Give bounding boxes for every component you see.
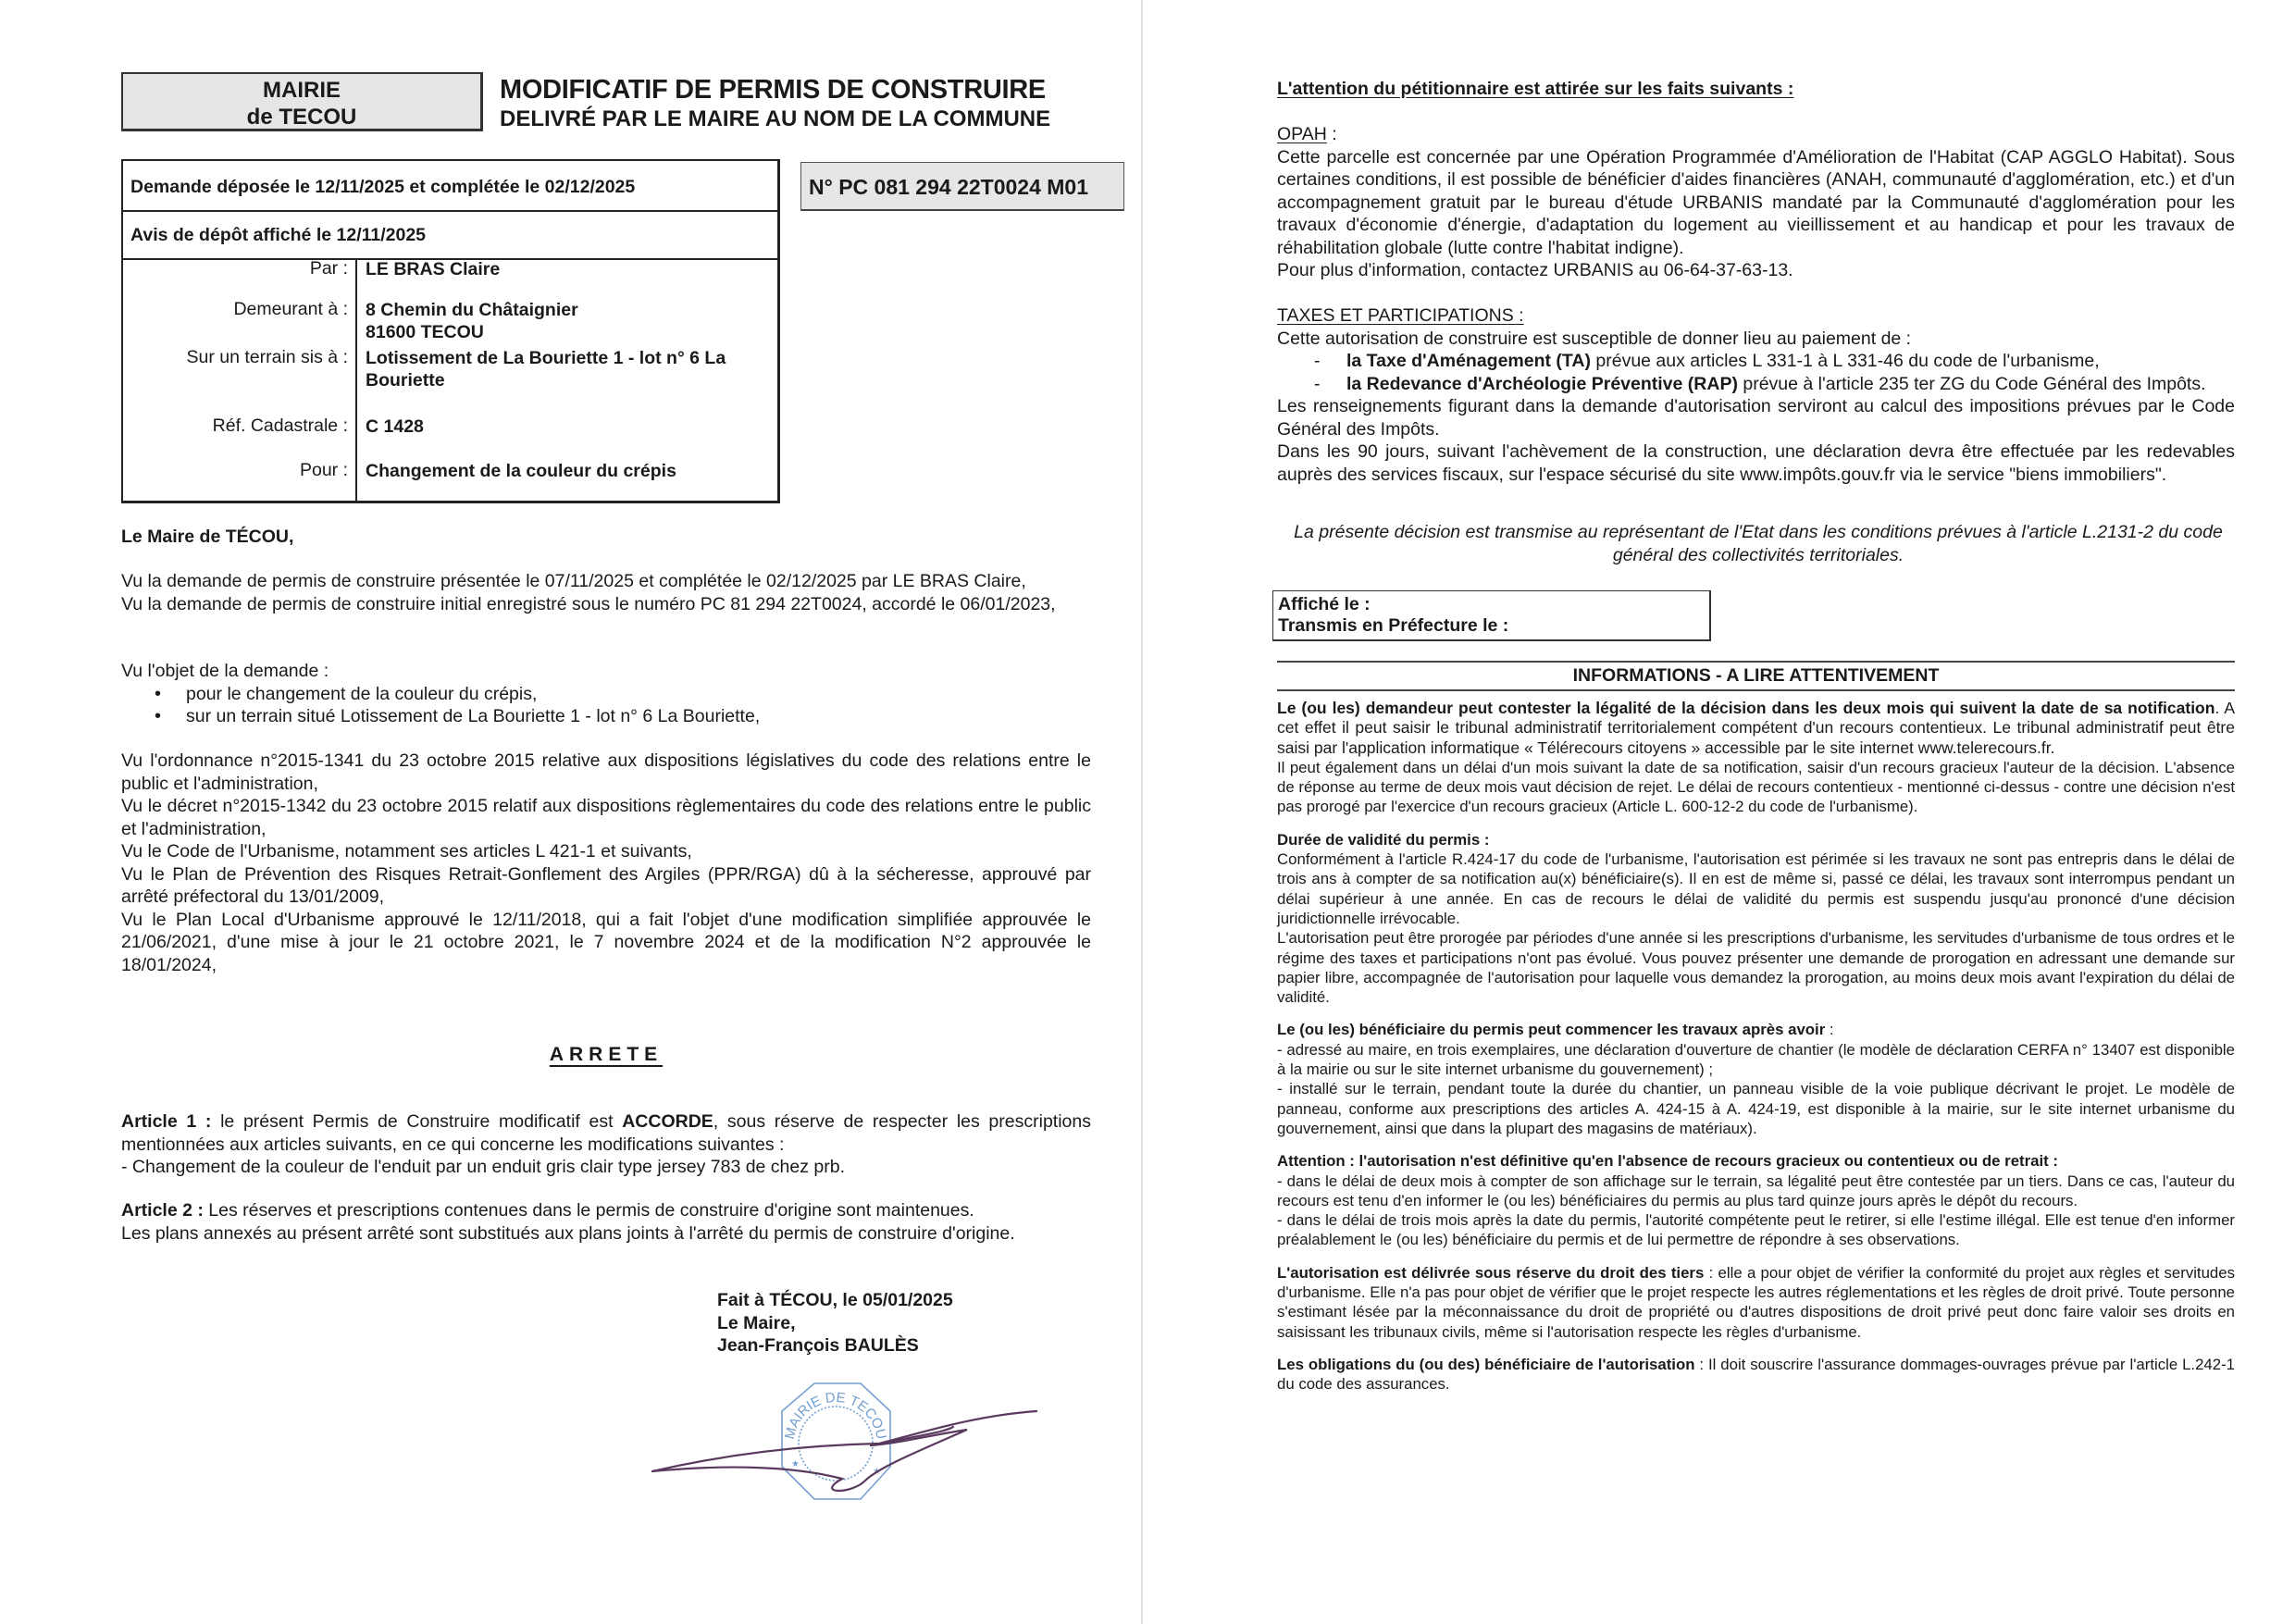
signature-role: Le Maire,: [717, 1312, 953, 1335]
opah-text: Cette parcelle est concernée par une Opé…: [1277, 146, 2235, 260]
mairie-line-2: de TECOU: [123, 104, 480, 130]
taxes-list: la Taxe d'Aménagement (TA) prévue aux ar…: [1277, 350, 2235, 395]
permit-number-box: N° PC 081 294 22T0024 M01: [800, 162, 1124, 211]
third-party-bold: L'autorisation est délivrée sous réserve…: [1277, 1264, 1704, 1282]
svg-text:★: ★: [791, 1459, 800, 1469]
prefecture-label: Transmis en Préfecture le :: [1278, 615, 1508, 636]
opah-title: OPAH: [1277, 124, 1327, 144]
arrete-heading: ARRETE: [121, 1044, 1091, 1066]
start-item: - installé sur le terrain, pendant toute…: [1277, 1079, 2235, 1138]
label-terrain: Sur un terrain sis à :: [121, 347, 348, 368]
start-title-line: Le (ou les) bénéficiaire du permis peut …: [1277, 1020, 2235, 1039]
taxes-section: TAXES ET PARTICIPATIONS : Cette autorisa…: [1277, 304, 2235, 486]
deposit-line: Demande déposée le 12/11/2025 et complét…: [123, 161, 777, 212]
signature-place-date: Fait à TÉCOU, le 05/01/2025: [717, 1289, 953, 1312]
tax-item-text: prévue à l'article 235 ter ZG du Code Gé…: [1738, 374, 2206, 394]
article-1-change: - Changement de la couleur de l'enduit p…: [121, 1156, 1091, 1179]
document-subtitle: DELIVRÉ PAR LE MAIRE AU NOM DE LA COMMUN…: [500, 105, 1092, 133]
article-2-text-2: Les plans annexés au présent arrêté sont…: [121, 1222, 1091, 1246]
mayor-heading: Le Maire de TÉCOU,: [121, 526, 1091, 549]
vu-item: Vu l'ordonnance n°2015-1341 du 23 octobr…: [121, 750, 1091, 795]
start-colon: :: [1825, 1021, 1833, 1038]
tax-item-text: prévue aux articles L 331-1 à L 331-46 d…: [1591, 351, 2100, 371]
tax-item-name: la Taxe d'Aménagement (TA): [1346, 351, 1591, 371]
address-line-1: 8 Chemin du Châtaignier: [366, 299, 773, 321]
opah-title-line: OPAH :: [1277, 123, 2235, 146]
vu-item: Vu le Plan de Prévention des Risques Ret…: [121, 863, 1091, 909]
article-1-body: Article 1 : le présent Permis de Constru…: [121, 1110, 1091, 1156]
signature-name: Jean-François BAULÈS: [717, 1334, 953, 1357]
recours-paragraph: Le (ou les) demandeur peut contester la …: [1277, 699, 2235, 758]
label-applicant: Par :: [121, 258, 348, 279]
vu-item: Vu le Plan Local d'Urbanisme approuvé le…: [121, 909, 1091, 977]
posting-affiche-row: Affiché le :: [1278, 594, 1709, 615]
article-1-label: Article 1 :: [121, 1111, 211, 1132]
value-applicant: LE BRAS Claire: [366, 258, 773, 280]
taxes-declaration: Dans les 90 jours, suivant l'achèvement …: [1277, 440, 2235, 486]
vu-demande-1: Vu la demande de permis de construire pr…: [121, 570, 1091, 593]
opah-contact: Pour plus d'information, contactez URBAN…: [1277, 259, 2235, 282]
attention-title: Attention : l'autorisation n'est définit…: [1277, 1151, 2235, 1171]
mairie-box: MAIRIE de TECOU: [121, 72, 483, 131]
objet-item: pour le changement de la couleur du crép…: [153, 683, 1091, 706]
page-gutter: [1141, 0, 1143, 1624]
start-title: Le (ou les) bénéficiaire du permis peut …: [1277, 1021, 1825, 1038]
article-2-text: Les réserves et prescriptions contenues …: [204, 1200, 974, 1221]
terrain-line-2: Bouriette: [366, 369, 773, 391]
vu-item: Vu le Code de l'Urbanisme, notamment ses…: [121, 840, 1091, 863]
attention-item: - dans le délai de deux mois à compter d…: [1277, 1172, 2235, 1211]
terrain-line-1: Lotissement de La Bouriette 1 - lot n° 6…: [366, 347, 773, 369]
article-1: Article 1 : le présent Permis de Constru…: [121, 1110, 1091, 1179]
decision-status: ACCORDE: [622, 1111, 713, 1132]
signature-block: Fait à TÉCOU, le 05/01/2025 Le Maire, Je…: [717, 1289, 953, 1357]
article-1-text-a: le présent Permis de Construire modifica…: [211, 1111, 622, 1132]
taxes-title: TAXES ET PARTICIPATIONS :: [1277, 304, 1524, 328]
taxes-intro: Cette autorisation de construire est sus…: [1277, 328, 2235, 351]
vu-demande-block: Vu la demande de permis de construire pr…: [121, 570, 1091, 615]
address-line-2: 81600 TECOU: [366, 321, 773, 343]
article-2-body: Article 2 : Les réserves et prescription…: [121, 1199, 1091, 1222]
obligations-bold: Les obligations du (ou des) bénéficiaire…: [1277, 1356, 1694, 1373]
recours-bold: Le (ou les) demandeur peut contester la …: [1277, 699, 2214, 717]
information-banner: INFORMATIONS - A LIRE ATTENTIVEMENT: [1277, 661, 2235, 691]
taxes-info: Les renseignements figurant dans la dema…: [1277, 395, 2235, 440]
tax-item: la Taxe d'Aménagement (TA) prévue aux ar…: [1277, 350, 2235, 373]
document-title-block: MODIFICATIF DE PERMIS DE CONSTRUIRE DELI…: [500, 74, 1092, 133]
notice-line: Avis de dépôt affiché le 12/11/2025: [123, 212, 777, 260]
value-address: 8 Chemin du Châtaignier 81600 TECOU: [366, 299, 773, 343]
affiche-label: Affiché le :: [1278, 594, 1371, 614]
mairie-line-1: MAIRIE: [123, 77, 480, 104]
value-terrain: Lotissement de La Bouriette 1 - lot n° 6…: [366, 347, 773, 391]
vu-item: Vu le décret n°2015-1342 du 23 octobre 2…: [121, 795, 1091, 840]
label-cadastre: Réf. Cadastrale :: [121, 415, 348, 437]
obligations-paragraph: Les obligations du (ou des) bénéficiaire…: [1277, 1355, 2235, 1395]
vu-list: Vu l'ordonnance n°2015-1341 du 23 octobr…: [121, 750, 1091, 976]
validity-extension: L'autorisation peut être prorogée par pé…: [1277, 928, 2235, 1007]
attention-item: - dans le délai de trois mois après la d…: [1277, 1210, 2235, 1250]
recours-gracieux: Il peut également dans un délai d'un moi…: [1277, 758, 2235, 817]
opah-section: OPAH : Cette parcelle est concernée par …: [1277, 123, 2235, 282]
objet-item: sur un terrain situé Lotissement de La B…: [153, 705, 1091, 728]
opah-colon: :: [1327, 124, 1337, 144]
objet-block: Vu l'objet de la demande : pour le chang…: [121, 660, 1091, 728]
posting-prefecture-row: Transmis en Préfecture le :: [1278, 615, 1709, 637]
validity-title: Durée de validité du permis :: [1277, 830, 2235, 849]
article-2-label: Article 2 :: [121, 1200, 204, 1221]
third-party-paragraph: L'autorisation est délivrée sous réserve…: [1277, 1263, 2235, 1342]
notices-heading: L'attention du pétitionnaire est attirée…: [1277, 78, 2235, 101]
vu-demande-2: Vu la demande de permis de construire in…: [121, 593, 1091, 616]
article-2: Article 2 : Les réserves et prescription…: [121, 1199, 1091, 1245]
validity-text: Conformément à l'article R.424-17 du cod…: [1277, 849, 2235, 928]
document-title: MODIFICATIF DE PERMIS DE CONSTRUIRE: [500, 74, 1092, 105]
label-purpose: Pour :: [121, 460, 348, 481]
posting-box: Affiché le : Transmis en Préfecture le :: [1272, 590, 1711, 641]
mayor-stamp-and-signature: MAIRIE DE TECOU ★ ★: [639, 1379, 1046, 1536]
objet-intro: Vu l'objet de la demande :: [121, 660, 1091, 683]
arrete-label: ARRETE: [550, 1044, 663, 1065]
value-purpose: Changement de la couleur du crépis: [366, 460, 773, 482]
start-item: - adressé au maire, en trois exemplaires…: [1277, 1040, 2235, 1080]
objet-list: pour le changement de la couleur du crép…: [121, 683, 1091, 728]
transmission-note: La présente décision est transmise au re…: [1291, 521, 2226, 566]
value-cadastre: C 1428: [366, 415, 773, 438]
tax-item: la Redevance d'Archéologie Préventive (R…: [1277, 373, 2235, 396]
information-body: Le (ou les) demandeur peut contester la …: [1277, 699, 2235, 1395]
label-address: Demeurant à :: [121, 299, 348, 320]
tax-item-name: la Redevance d'Archéologie Préventive (R…: [1346, 374, 1738, 394]
